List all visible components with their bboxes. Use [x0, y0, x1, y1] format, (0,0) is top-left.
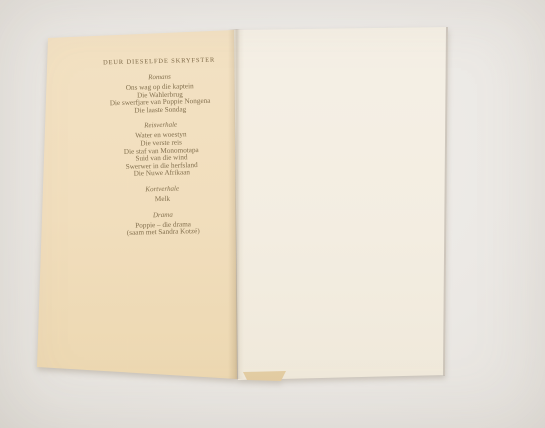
open-book: DEUR DIESELFDE SKRYFSTER Romans Ons wag …	[0, 0, 545, 428]
section-heading: Drama	[82, 209, 244, 221]
works-section: Drama Poppie – die drama(saam met Sandra…	[82, 209, 245, 239]
section-heading: Kortverhale	[81, 183, 243, 195]
work-title: Melk	[81, 194, 243, 206]
works-section: Kortverhale Melk	[81, 183, 243, 206]
works-section: Reisverhale Water en woestynDie verste r…	[80, 119, 243, 180]
section-heading: Reisverhale	[80, 119, 242, 131]
section-heading: Romans	[78, 71, 240, 83]
works-section: Romans Ons wag op die kapteinDie Wahlerb…	[78, 71, 241, 116]
sections-list: Romans Ons wag op die kapteinDie Wahlerb…	[78, 71, 244, 239]
bibliography-block: DEUR DIESELFDE SKRYFSTER Romans Ons wag …	[78, 55, 244, 239]
photo-background: DEUR DIESELFDE SKRYFSTER Romans Ons wag …	[0, 0, 545, 428]
